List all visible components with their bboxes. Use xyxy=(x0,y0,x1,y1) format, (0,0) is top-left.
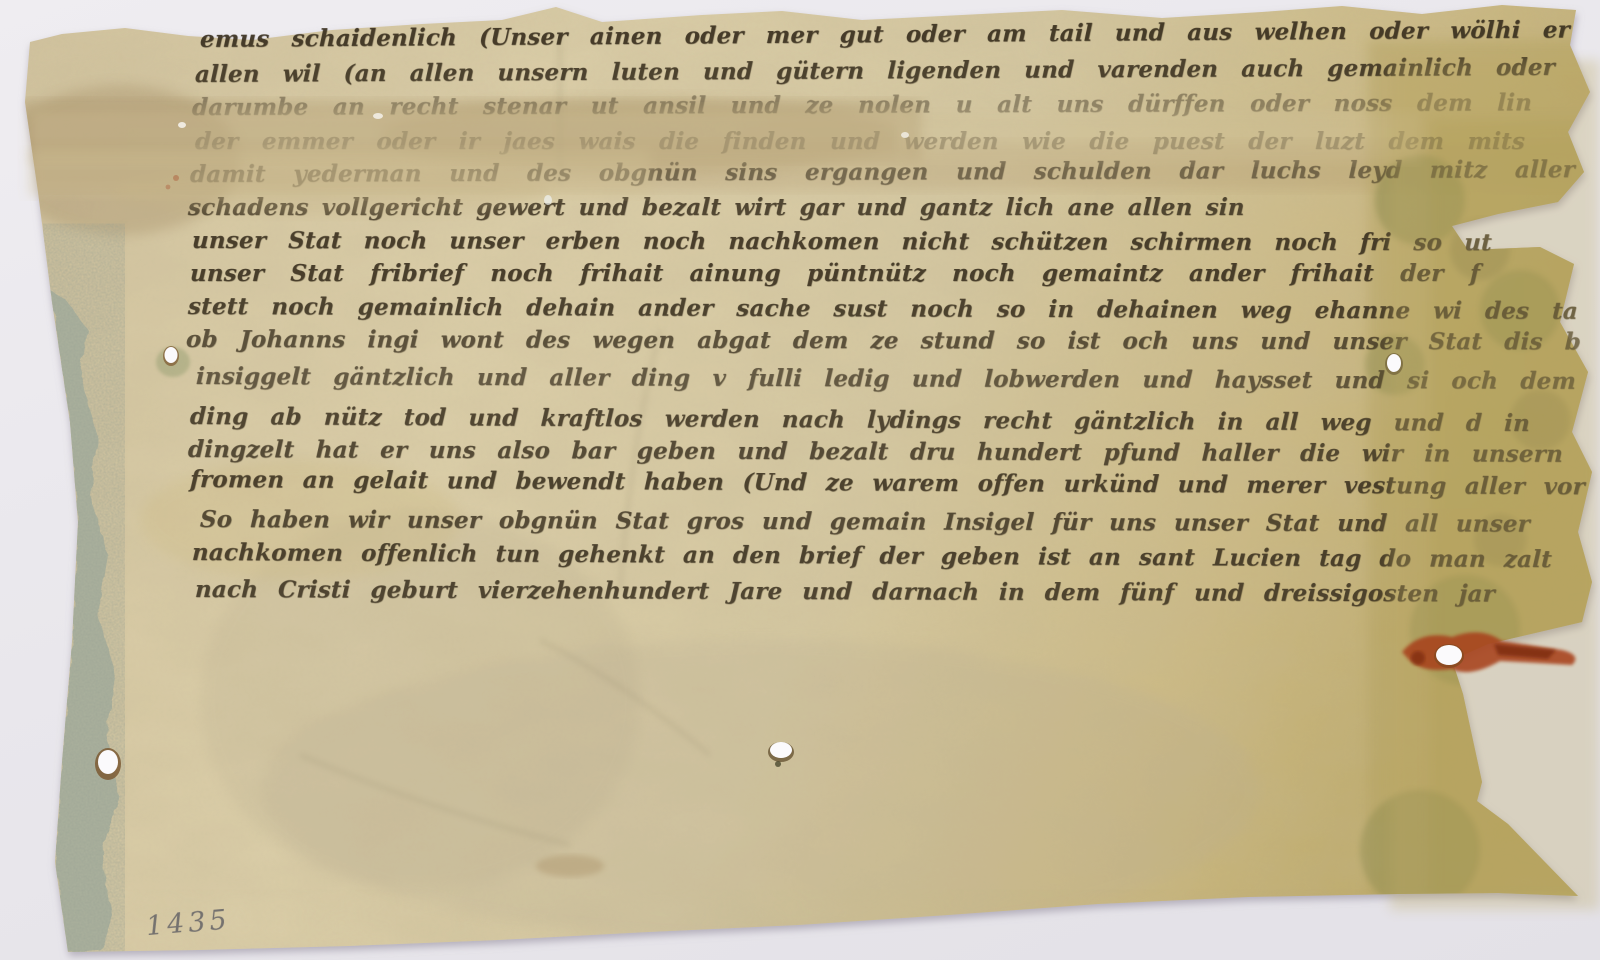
right-edge-staining xyxy=(1360,40,1600,910)
photo-background: emus schaidenlich (Unser ainen oder mer … xyxy=(0,0,1600,960)
parchment xyxy=(0,0,1600,960)
